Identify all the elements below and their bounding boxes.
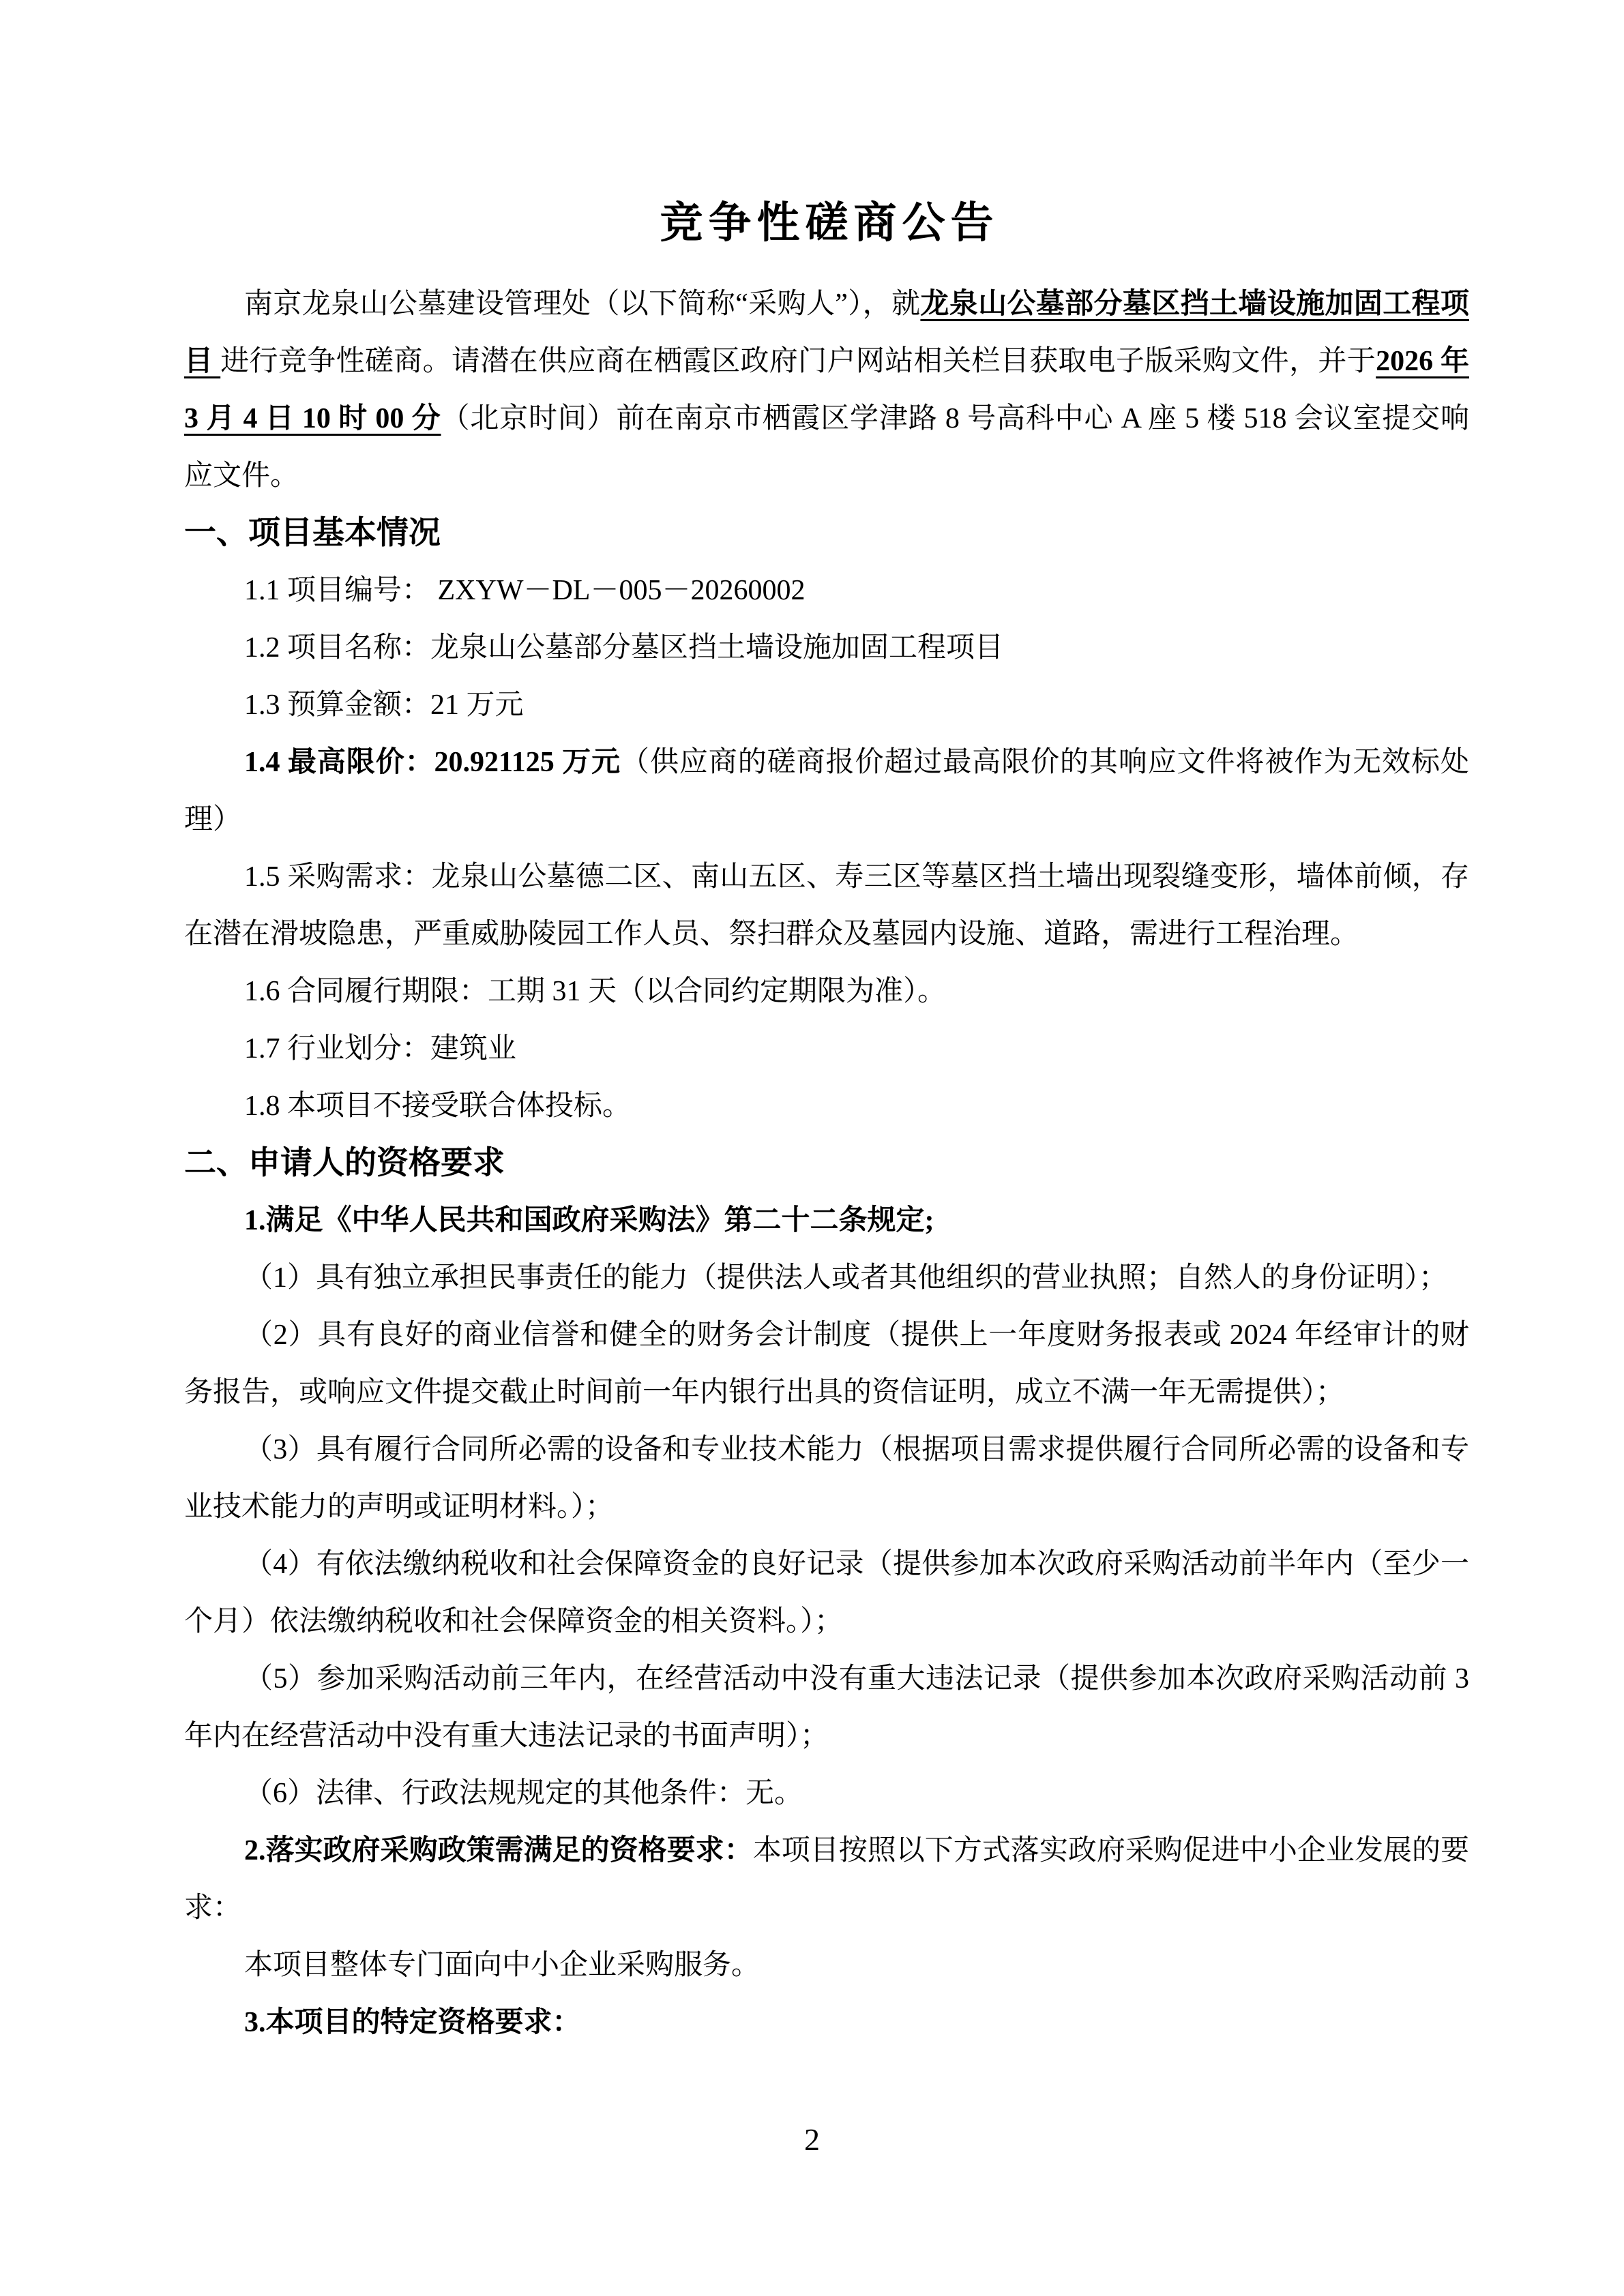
item-project-number: 1.1 项目编号： ZXYW－DL－005－20260002: [184, 562, 1469, 619]
text-run: 1.2 项目名称：龙泉山公墓部分墓区挡土墙设施加固工程项目: [244, 632, 1003, 664]
intro-paragraph: 南京龙泉山公墓建设管理处（以下简称“采购人”），就龙泉山公墓部分墓区挡土墙设施加…: [184, 275, 1469, 505]
item-no-consortium: 1.8 本项目不接受联合体投标。: [184, 1077, 1469, 1135]
clause-1-bold: 1.满足《中华人民共和国政府采购法》第二十二条规定;: [244, 1205, 934, 1236]
text-run: 1.3 预算金额：21 万元: [244, 689, 524, 721]
item-industry: 1.7 行业划分：建筑业: [184, 1020, 1469, 1077]
text-run: 1.6 合同履行期限：工期 31 天（以合同约定期限为准）。: [244, 976, 946, 1007]
text-run: （1）具有独立承担民事责任的能力（提供法人或者其他组织的营业执照；自然人的身份证…: [244, 1262, 1447, 1294]
text-run: 1.7 行业划分：建筑业: [244, 1033, 516, 1064]
item-specific-qualification: 3.本项目的特定资格要求：: [184, 1994, 1469, 2051]
text-run: 1.1 项目编号： ZXYW－DL－005－20260002: [244, 575, 805, 606]
text-run: （6）法律、行政法规规定的其他条件：无。: [244, 1778, 803, 1809]
text-run: （5）参加采购活动前三年内，在经营活动中没有重大违法记录（提供参加本次政府采购活…: [184, 1663, 1469, 1752]
item-qual-6: （6）法律、行政法规规定的其他条件：无。: [184, 1765, 1469, 1822]
clause-2-bold: 2.落实政府采购政策需满足的资格要求：: [244, 1835, 753, 1866]
max-price-bold: 1.4 最高限价：20.921125 万元: [244, 747, 621, 778]
section-heading-qualifications: 二、申请人的资格要求: [184, 1135, 1469, 1192]
item-sme-statement: 本项目整体专门面向中小企业采购服务。: [184, 1937, 1469, 1994]
text-run: （2）具有良好的商业信誉和健全的财务会计制度（提供上一年度财务报表或 2024 …: [184, 1320, 1469, 1408]
section-heading-basic-info: 一、项目基本情况: [184, 505, 1469, 562]
text-run: 南京龙泉山公墓建设管理处（以下简称“采购人”），就: [244, 288, 920, 320]
item-procurement-demand: 1.5 采购需求：龙泉山公墓德二区、南山五区、寿三区等墓区挡土墙出现裂缝变形，墙…: [184, 848, 1469, 963]
text-run: 进行竞争性磋商。请潜在供应商在栖霞区政府门户网站相关栏目获取电子版采购文件，并于: [220, 346, 1376, 377]
item-law-article22: 1.满足《中华人民共和国政府采购法》第二十二条规定;: [184, 1192, 1469, 1249]
text-run: 1.5 采购需求：龙泉山公墓德二区、南山五区、寿三区等墓区挡土墙出现裂缝变形，墙…: [184, 861, 1469, 950]
document-content: 竞争性磋商公告 南京龙泉山公墓建设管理处（以下简称“采购人”），就龙泉山公墓部分…: [184, 194, 1469, 2051]
item-qual-1: （1）具有独立承担民事责任的能力（提供法人或者其他组织的营业执照；自然人的身份证…: [184, 1249, 1469, 1307]
item-policy-requirement: 2.落实政府采购政策需满足的资格要求：本项目按照以下方式落实政府采购促进中小企业…: [184, 1822, 1469, 1937]
text-run: （4）有依法缴纳税收和社会保障资金的良好记录（提供参加本次政府采购活动前半年内（…: [184, 1549, 1469, 1637]
document-page: 竞争性磋商公告 南京龙泉山公墓建设管理处（以下简称“采购人”），就龙泉山公墓部分…: [0, 0, 1624, 2296]
item-qual-2: （2）具有良好的商业信誉和健全的财务会计制度（提供上一年度财务报表或 2024 …: [184, 1307, 1469, 1421]
item-qual-5: （5）参加采购活动前三年内，在经营活动中没有重大违法记录（提供参加本次政府采购活…: [184, 1650, 1469, 1765]
page-number: 2: [0, 2119, 1624, 2160]
clause-3-bold: 3.本项目的特定资格要求：: [244, 2007, 581, 2038]
document-title: 竞争性磋商公告: [184, 194, 1469, 252]
text-run: （3）具有履行合同所必需的设备和专业技术能力（根据项目需求提供履行合同所必需的设…: [184, 1434, 1469, 1523]
item-contract-period: 1.6 合同履行期限：工期 31 天（以合同约定期限为准）。: [184, 963, 1469, 1020]
item-project-name: 1.2 项目名称：龙泉山公墓部分墓区挡土墙设施加固工程项目: [184, 619, 1469, 676]
item-max-price: 1.4 最高限价：20.921125 万元（供应商的磋商报价超过最高限价的其响应…: [184, 734, 1469, 848]
item-qual-3: （3）具有履行合同所必需的设备和专业技术能力（根据项目需求提供履行合同所必需的设…: [184, 1421, 1469, 1536]
text-run: 本项目整体专门面向中小企业采购服务。: [244, 1950, 760, 1981]
item-budget: 1.3 预算金额：21 万元: [184, 676, 1469, 734]
text-run: 1.8 本项目不接受联合体投标。: [244, 1090, 631, 1122]
item-qual-4: （4）有依法缴纳税收和社会保障资金的良好记录（提供参加本次政府采购活动前半年内（…: [184, 1536, 1469, 1650]
